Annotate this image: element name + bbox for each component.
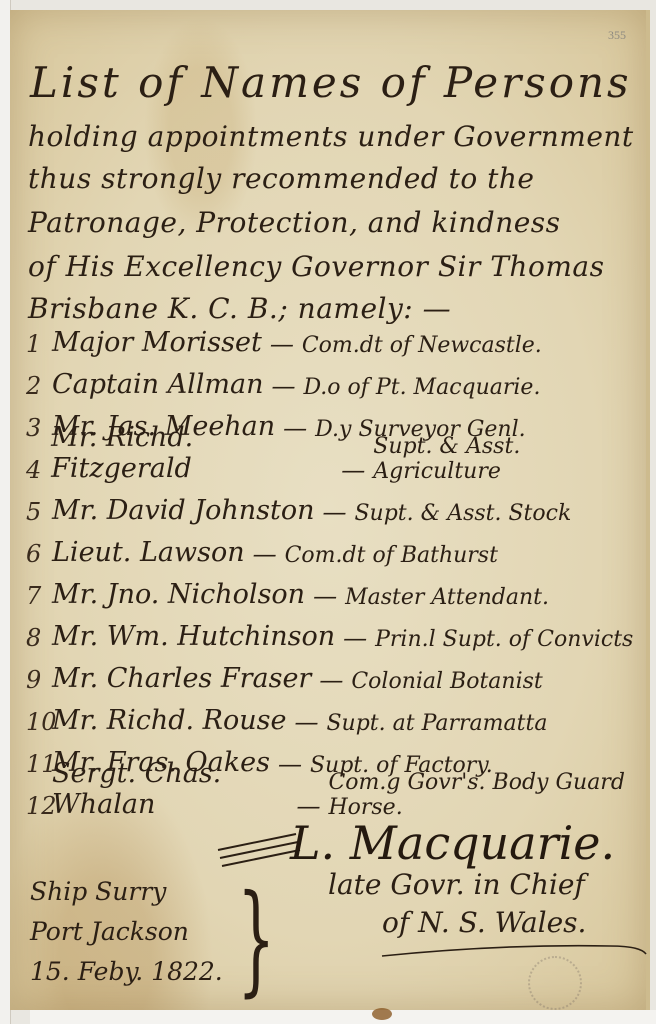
document-title: List of Names of Persons bbox=[30, 58, 632, 107]
entry-number: 8 bbox=[26, 624, 52, 652]
entry-office: Com.dt of Newcastle. bbox=[302, 333, 542, 358]
list-item: 6 Lieut. Lawson — Com.dt of Bathurst bbox=[26, 528, 646, 568]
entry-office: Prin.l Supt. of Convicts bbox=[375, 627, 633, 652]
brace-mark: } bbox=[237, 880, 275, 1000]
list-item: 12 Sergt. Chas. Whalan — Com.g Govr's. B… bbox=[26, 780, 646, 820]
dash: — bbox=[319, 666, 343, 694]
entry-office: Supt. at Parramatta bbox=[326, 711, 547, 736]
dash: — bbox=[270, 330, 294, 358]
folio-number: 355 bbox=[608, 28, 626, 43]
entry-office: Supt. & Asst. Agriculture bbox=[373, 434, 646, 484]
dash: — bbox=[271, 372, 295, 400]
list-item: 4 Mr. Richd. Fitzgerald — Supt. & Asst. … bbox=[26, 444, 646, 484]
entry-number: 11 bbox=[26, 750, 52, 778]
dash: — bbox=[253, 540, 277, 568]
entry-office: Colonial Botanist bbox=[351, 669, 542, 694]
signature-underline bbox=[380, 940, 650, 960]
entry-name: Captain Allman bbox=[52, 369, 263, 400]
entry-number: 12 bbox=[26, 792, 52, 820]
place-line-2: Port Jackson bbox=[30, 912, 223, 952]
entry-name: Mr. Richd. Fitzgerald bbox=[51, 422, 333, 484]
entry-name: Mr. David Johnston bbox=[52, 495, 314, 526]
list-item: 2 Captain Allman — D.o of Pt. Macquarie. bbox=[26, 360, 646, 400]
date-line: 15. Feby. 1822. bbox=[30, 952, 223, 992]
entry-number: 4 bbox=[26, 456, 51, 484]
library-stamp bbox=[528, 956, 582, 1010]
entry-number: 10 bbox=[26, 708, 52, 736]
entry-office: Master Attendant. bbox=[345, 585, 549, 610]
intro-line-3: Patronage, Protection, and kindness bbox=[28, 206, 561, 239]
entry-office: Supt. & Asst. Stock bbox=[354, 501, 571, 526]
intro-line-2: thus strongly recommended to the bbox=[28, 162, 534, 195]
entry-name: Mr. Jno. Nicholson bbox=[52, 579, 305, 610]
entry-number: 7 bbox=[26, 582, 52, 610]
dash: — bbox=[294, 708, 318, 736]
entry-office: D.o of Pt. Macquarie. bbox=[303, 375, 540, 400]
dash: — bbox=[313, 582, 337, 610]
list-item: 1 Major Morisset — Com.dt of Newcastle. bbox=[26, 318, 646, 358]
entry-number: 6 bbox=[26, 540, 52, 568]
signature-title-line-1: late Govr. in Chief bbox=[328, 868, 585, 901]
dash: — bbox=[322, 498, 346, 526]
entry-number: 1 bbox=[26, 330, 52, 358]
list-item: 7 Mr. Jno. Nicholson — Master Attendant. bbox=[26, 570, 646, 610]
signature: L. Macquarie. bbox=[290, 816, 615, 870]
ink-stain bbox=[372, 1008, 392, 1020]
entry-office: Com.dt of Bathurst bbox=[285, 543, 498, 568]
list-item: 5 Mr. David Johnston — Supt. & Asst. Sto… bbox=[26, 486, 646, 526]
list-item: 8 Mr. Wm. Hutchinson — Prin.l Supt. of C… bbox=[26, 612, 646, 652]
list-item: 9 Mr. Charles Fraser — Colonial Botanist bbox=[26, 654, 646, 694]
page-frame-bottom bbox=[30, 1010, 656, 1024]
place-line-1: Ship Surry bbox=[30, 872, 223, 912]
manuscript-sheet: 355 List of Names of Persons holding app… bbox=[10, 10, 650, 1010]
entry-name: Lieut. Lawson bbox=[52, 537, 245, 568]
list-item: 10 Mr. Richd. Rouse — Supt. at Parramatt… bbox=[26, 696, 646, 736]
dash: — bbox=[341, 456, 365, 484]
intro-line-1: holding appointments under Government bbox=[28, 120, 634, 153]
entry-name: Mr. Wm. Hutchinson bbox=[52, 621, 335, 652]
signature-title-line-2: of N. S. Wales. bbox=[382, 906, 586, 939]
dash: — bbox=[343, 624, 367, 652]
entry-number: 9 bbox=[26, 666, 52, 694]
entry-name: Mr. Richd. Rouse bbox=[52, 705, 286, 736]
entry-name: Mr. Charles Fraser bbox=[52, 663, 311, 694]
intro-line-4: of His Excellency Governor Sir Thomas bbox=[28, 250, 604, 283]
place-date-block: Ship Surry Port Jackson 15. Feby. 1822. bbox=[30, 872, 223, 992]
entry-name: Sergt. Chas. Whalan bbox=[52, 758, 288, 820]
entry-number: 3 bbox=[26, 414, 52, 442]
entry-number: 5 bbox=[26, 498, 52, 526]
entry-name: Major Morisset bbox=[52, 327, 262, 358]
entry-number: 2 bbox=[26, 372, 52, 400]
entry-office: Com.g Govr's. Body Guard Horse. bbox=[328, 770, 646, 820]
